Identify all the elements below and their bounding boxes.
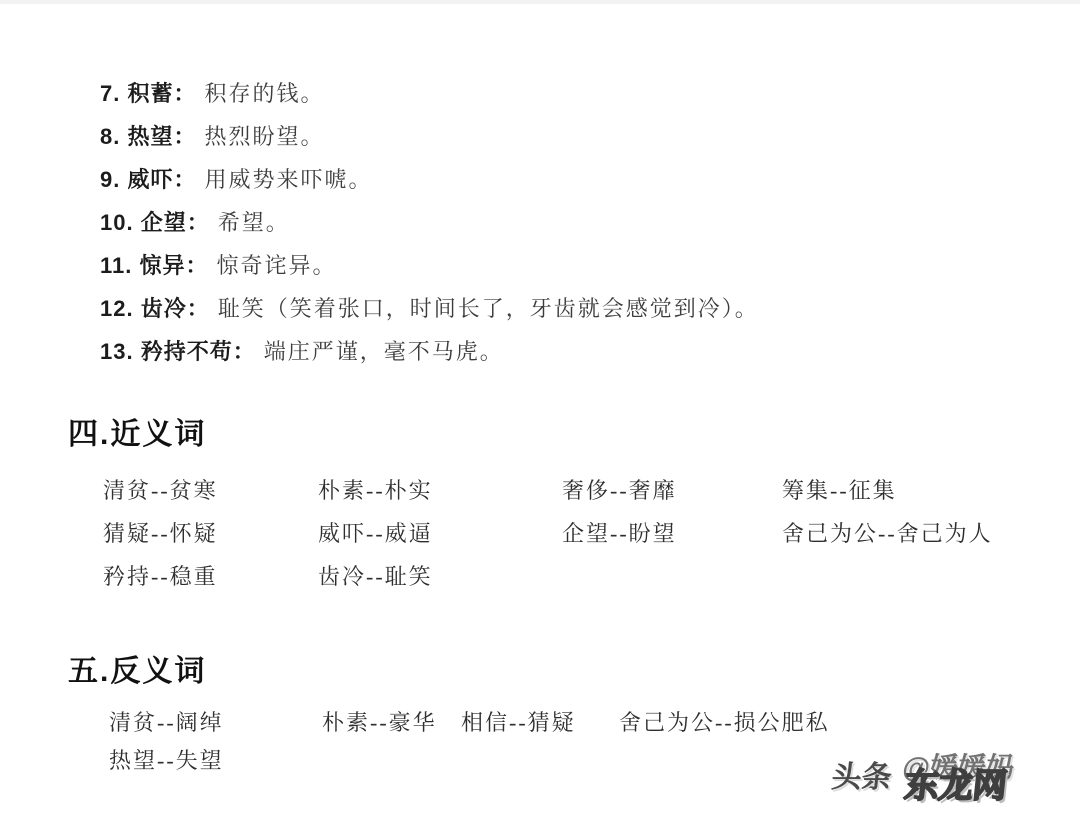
word-pair: 矜持--稳重 — [103, 555, 318, 598]
definition-text: 热烈盼望。 — [204, 124, 324, 149]
definition-text: 希望。 — [218, 210, 290, 235]
word-pair: 舍己为公--损公肥私 — [619, 704, 1080, 742]
definition-term: 11. 惊异： — [100, 253, 208, 278]
synonym-row: 矜持--稳重 齿冷--耻笑 — [103, 555, 1080, 598]
definition-term: 13. 矜持不苟： — [100, 339, 256, 364]
word-pair: 企望--盼望 — [562, 512, 782, 555]
antonym-row: 清贫--阔绰 朴素--豪华 相信--猜疑 舍己为公--损公肥私 — [109, 704, 1080, 742]
word-pair: 奢侈--奢靡 — [562, 469, 782, 512]
definition-text: 积存的钱。 — [204, 81, 324, 106]
word-pair: 清贫--阔绰 — [109, 704, 322, 742]
definition-item-8: 8. 热望：热烈盼望。 — [100, 115, 1080, 158]
word-pair: 清贫--贫寒 — [103, 469, 318, 512]
antonym-row: 热望--失望 — [109, 742, 1080, 780]
definition-item-13: 13. 矜持不苟：端庄严谨，毫不马虎。 — [100, 330, 1080, 373]
word-pair: 猜疑--怀疑 — [103, 512, 318, 555]
definition-text: 耻笑（笑着张口，时间长了，牙齿就会感觉到冷）。 — [218, 296, 759, 321]
definition-term: 10. 企望： — [100, 210, 210, 235]
word-pair: 筹集--征集 — [782, 469, 1080, 512]
word-pair: 相信--猜疑 — [461, 704, 619, 742]
synonym-row: 清贫--贫寒 朴素--朴实 奢侈--奢靡 筹集--征集 — [103, 469, 1080, 512]
document-page: 7. 积蓄：积存的钱。 8. 热望：热烈盼望。 9. 威吓：用威势来吓唬。 10… — [0, 0, 1080, 816]
section-title-synonyms: 四.近义词 — [68, 409, 1080, 453]
definition-item-10: 10. 企望：希望。 — [100, 201, 1080, 244]
synonyms-list: 清贫--贫寒 朴素--朴实 奢侈--奢靡 筹集--征集 猜疑--怀疑 威吓--威… — [103, 469, 1080, 598]
word-pair: 齿冷--耻笑 — [318, 555, 562, 598]
definition-term: 8. 热望： — [100, 124, 196, 149]
word-pair: 朴素--朴实 — [318, 469, 562, 512]
word-pair: 舍己为公--舍己为人 — [782, 512, 1080, 555]
antonyms-list: 清贫--阔绰 朴素--豪华 相信--猜疑 舍己为公--损公肥私 热望--失望 — [109, 704, 1080, 780]
section-title-antonyms: 五.反义词 — [68, 646, 1080, 690]
definition-text: 端庄严谨，毫不马虎。 — [264, 339, 504, 364]
synonym-row: 猜疑--怀疑 威吓--威逼 企望--盼望 舍己为公--舍己为人 — [103, 512, 1080, 555]
definition-item-9: 9. 威吓：用威势来吓唬。 — [100, 158, 1080, 201]
word-pair: 热望--失望 — [109, 742, 322, 780]
definition-text: 用威势来吓唬。 — [204, 167, 372, 192]
word-pair: 朴素--豪华 — [322, 704, 461, 742]
word-pair: 威吓--威逼 — [318, 512, 562, 555]
definition-item-12: 12. 齿冷：耻笑（笑着张口，时间长了，牙齿就会感觉到冷）。 — [100, 287, 1080, 330]
definition-text: 惊奇诧异。 — [216, 253, 336, 278]
definition-term: 12. 齿冷： — [100, 296, 210, 321]
definition-item-7: 7. 积蓄：积存的钱。 — [100, 72, 1080, 115]
definition-item-11: 11. 惊异：惊奇诧异。 — [100, 244, 1080, 287]
definition-list: 7. 积蓄：积存的钱。 8. 热望：热烈盼望。 9. 威吓：用威势来吓唬。 10… — [0, 4, 1080, 373]
definition-term: 9. 威吓： — [100, 167, 196, 192]
definition-term: 7. 积蓄： — [100, 81, 196, 106]
